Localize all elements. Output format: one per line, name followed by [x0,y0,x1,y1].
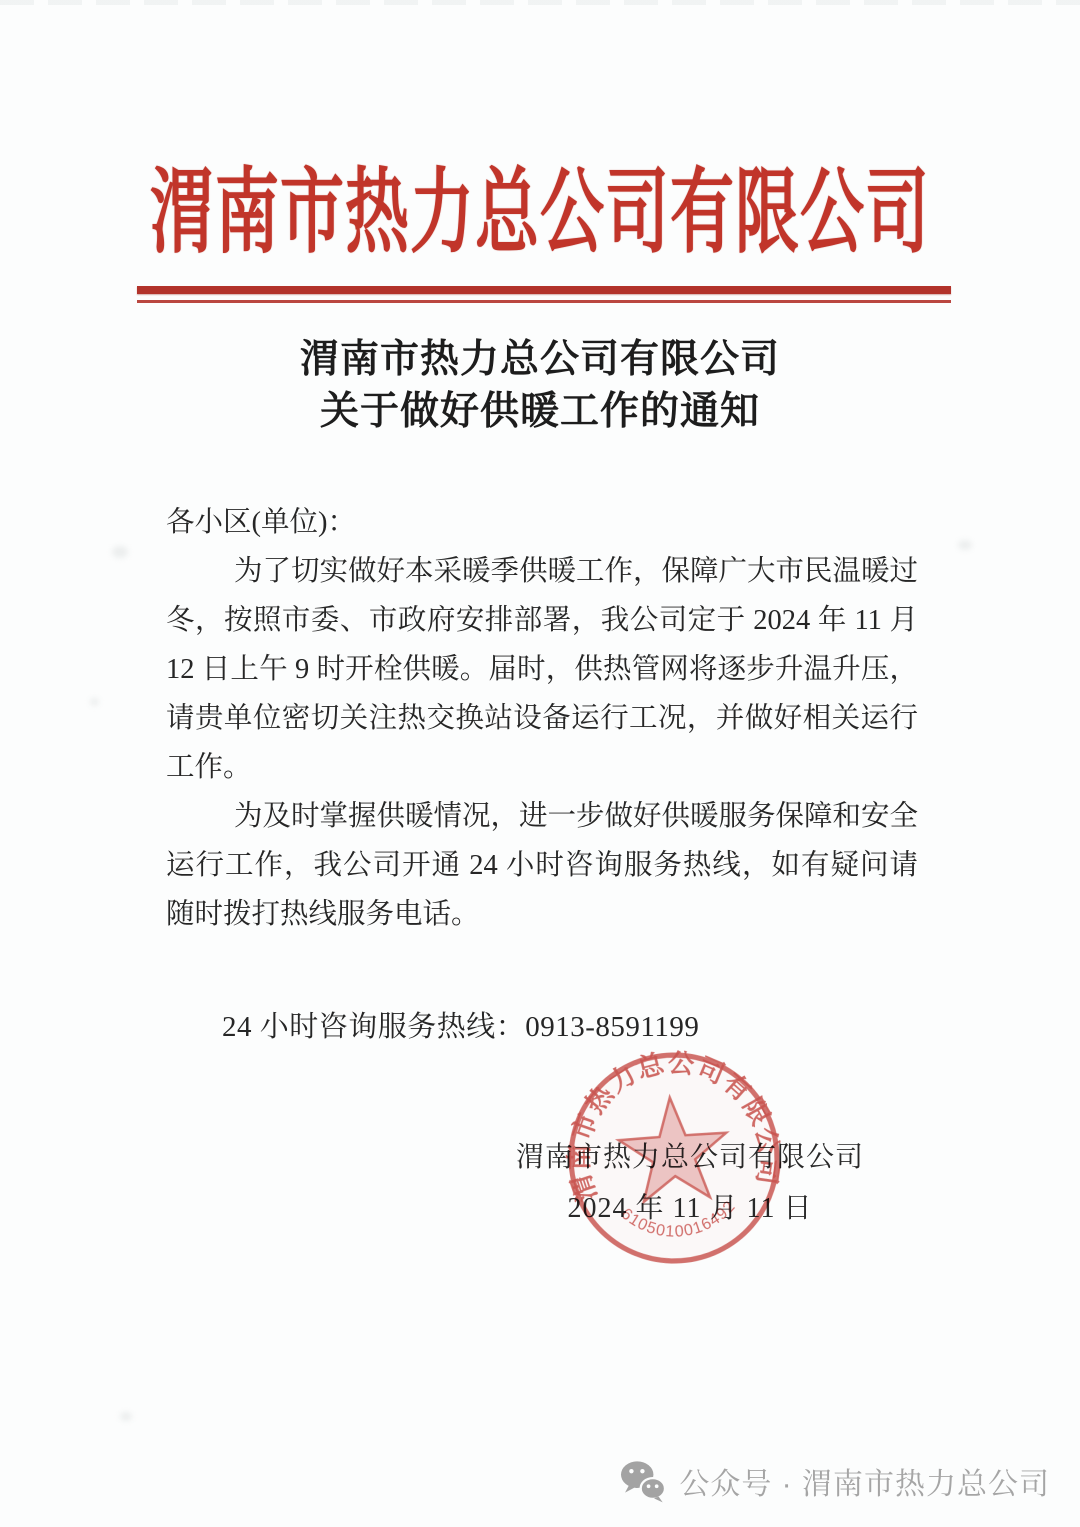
body-line: 冬，按照市委、市政府安排部署，我公司定于 2024 年 11 月 [166,596,918,645]
notice-title-line1: 渭南市热力总公司有限公司 [0,334,1080,386]
body-line: 为及时掌握供暖情况，进一步做好供暖服务保障和安全 [166,792,918,841]
hotline-text: 24 小时咨询服务热线：0913-8591199 [222,1006,699,1048]
scan-speck [90,698,99,706]
scan-speck [958,540,972,550]
body-line: 12 日上午 9 时开栓供暖。届时，供热管网将逐步升温升压， [166,645,918,694]
footer-watermark: 公众号 · 渭南市热力总公司 [619,1458,1050,1504]
notice-title-line2: 关于做好供暖工作的通知 [0,386,1080,438]
scanned-notice-page: 渭南市热力总公司有限公司 渭南市热力总公司有限公司 关于做好供暖工作的通知 各小… [0,0,1080,1527]
salutation: 各小区(单位)： [166,498,918,547]
body-line: 请贵单位密切关注热交换站设备运行工况，并做好相关运行 [166,694,918,743]
body-line: 运行工作，我公司开通 24 小时咨询服务热线，如有疑问请 [166,841,918,890]
official-seal: 渭南市热力总公司有限公司 6105010016492 [559,1043,790,1274]
letterhead-rule-thick [137,286,951,294]
scan-speck [120,1412,132,1421]
letterhead-company-name: 渭南市热力总公司有限公司 [0,119,1080,290]
notice-title: 渭南市热力总公司有限公司 关于做好供暖工作的通知 [0,334,1080,438]
scan-artifact-top-edge [0,0,1080,5]
notice-body: 各小区(单位)： 为了切实做好本采暖季供暖工作，保障广大市民温暖过 冬，按照市委… [166,498,918,939]
scan-speck [112,546,128,558]
body-line: 工作。 [166,743,918,792]
wechat-icon [619,1459,667,1503]
body-line: 随时拨打热线服务电话。 [166,890,918,939]
letterhead-rule-thin [137,300,951,303]
body-line: 为了切实做好本采暖季供暖工作，保障广大市民温暖过 [166,547,918,596]
footer-account-text: 公众号 · 渭南市热力总公司 [679,1459,1050,1503]
